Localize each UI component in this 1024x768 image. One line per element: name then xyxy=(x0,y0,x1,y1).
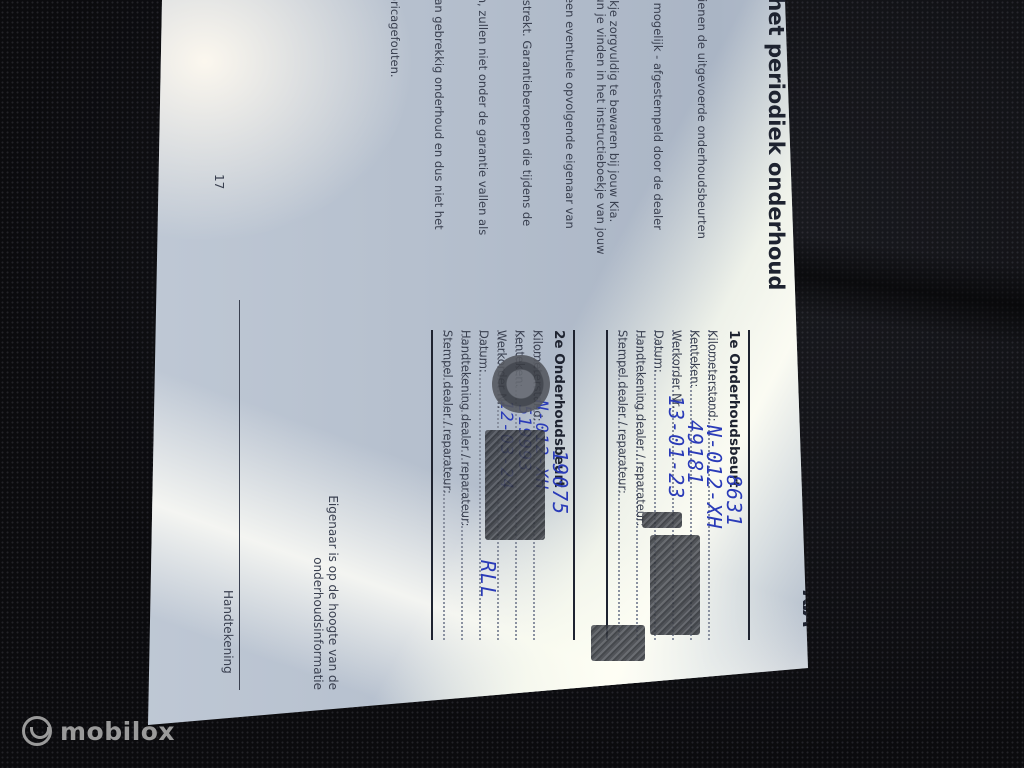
handwritten-signature: RLL xyxy=(476,560,500,599)
page-title: an het periodiek onderhoud xyxy=(764,0,788,290)
field-row-stamp: Stempel dealer / reparateur: xyxy=(439,330,457,640)
field-row-signature: Handtekening dealer / reparateur: xyxy=(457,330,475,640)
field-row-stamp: Stempel dealer / reparateur: xyxy=(614,330,632,640)
signature-line xyxy=(239,300,240,690)
intro-footer-line: ema kun je vinden in het instructieboekj… xyxy=(594,0,608,255)
field-row-signature: Handtekening dealer / reparateur: xyxy=(632,330,650,640)
page-number: 17 xyxy=(212,174,226,189)
field-label: Handtekening dealer / reparateur: xyxy=(634,330,648,526)
redacted-stamp xyxy=(650,535,700,635)
field-label: Kenteken: xyxy=(688,330,702,387)
field-label: Kilometerstand: xyxy=(706,330,720,422)
redacted-stamp-text xyxy=(485,430,545,540)
handwritten-mileage: 19075 xyxy=(548,450,572,515)
field-label: Handtekening dealer / reparateur: xyxy=(459,330,473,526)
redacted-round-stamp xyxy=(492,355,550,413)
field-label: Datum: xyxy=(652,330,666,373)
field-label: Stempel dealer / reparateur: xyxy=(441,330,455,494)
watermark-text: mobilox xyxy=(60,717,175,746)
mobilox-watermark: mobilox xyxy=(22,716,175,746)
intro-paragraph: ijden dienen de uitgevoerde onderhoudsbe… xyxy=(359,0,738,239)
redacted-signature xyxy=(642,512,682,528)
field-label: Datum: xyxy=(477,330,491,373)
intro-line: n aan een eventuele opvolgende eigenaar … xyxy=(563,0,578,239)
redacted-stamp-corner xyxy=(591,625,645,661)
rotated-page-content: an het periodiek onderhoud ijden dienen … xyxy=(160,0,800,720)
owner-acknowledgement: Eigenaar is op de hoogte van de onderhou… xyxy=(310,470,340,690)
handwritten-date: 13-01-23 xyxy=(664,395,688,499)
field-label: Stempel dealer / reparateur: xyxy=(616,330,630,494)
mobilox-logo-icon xyxy=(22,716,52,746)
intro-line: ) zijn van gebrekkig onderhoud en dus ni… xyxy=(432,0,447,239)
intro-line: - of fabricagefouten. xyxy=(388,0,403,239)
intro-line: ijden dienen de uitgevoerde onderhoudsbe… xyxy=(694,0,709,239)
intro-line: gedaan, zullen niet onder de garantie va… xyxy=(475,0,490,239)
intro-line: indien mogelijk - afgestempeld door de d… xyxy=(650,0,665,239)
intro-line: dit boekje zorgvuldig te bewaren bij jou… xyxy=(607,0,622,239)
intro-line: len verstrekt. Garantieberoepen die tijd… xyxy=(519,0,534,239)
signature-label: Handtekening xyxy=(221,590,235,674)
